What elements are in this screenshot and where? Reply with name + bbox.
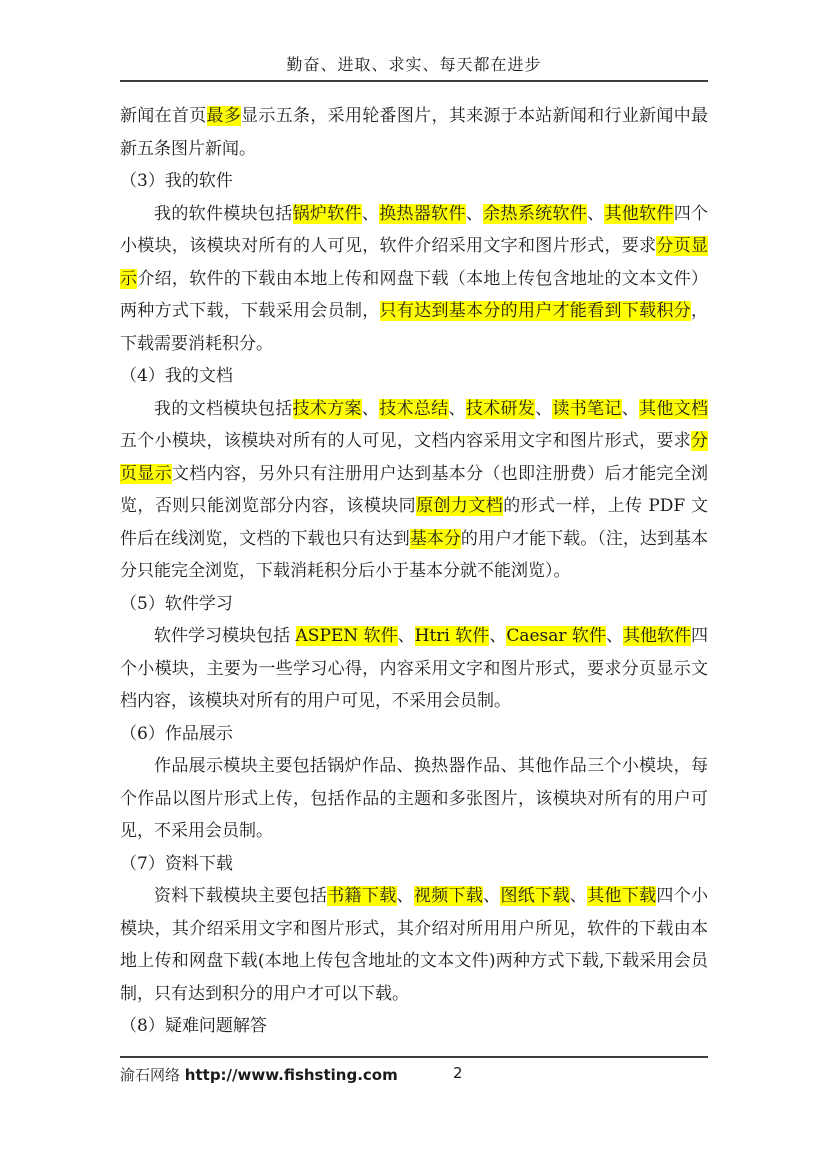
page-footer: 渝石网络 http://www.fishsting.com 2 [120, 1056, 708, 1086]
highlighted-text: ASPEN 软件 [296, 626, 398, 646]
section-heading: （3）我的软件 [120, 165, 708, 198]
text-run: 新闻在首页 [120, 106, 207, 126]
footer-row: 渝石网络 http://www.fishsting.com 2 [120, 1064, 708, 1086]
paragraph: 我的文档模块包括技术方案、技术总结、技术研发、读书笔记、其他文档五个小模块，该模… [120, 393, 708, 588]
text-run: 、 [449, 399, 466, 419]
section-heading: （6）作品展示 [120, 718, 708, 751]
highlighted-text: 其他文档 [639, 399, 708, 419]
highlighted-text: 读书笔记 [552, 399, 621, 419]
paragraph: 作品展示模块主要包括锅炉作品、换热器作品、其他作品三个小模块，每个作品以图片形式… [120, 750, 708, 848]
highlighted-text: 其他软件 [623, 626, 691, 646]
highlighted-text: 只有达到基本分的用户才能看到下载积分 [380, 301, 691, 321]
text-run: 、 [622, 399, 639, 419]
highlighted-text: 锅炉软件 [293, 204, 362, 224]
text-run: 作品展示模块主要包括锅炉作品、换热器作品、其他作品三个小模块，每个作品以图片形式… [120, 756, 708, 841]
highlighted-text: Caesar 软件 [506, 626, 606, 646]
text-run: 、 [398, 626, 415, 646]
section-heading: （5）软件学习 [120, 588, 708, 621]
highlighted-text: 技术研发 [466, 399, 535, 419]
text-run: 、 [489, 626, 506, 646]
text-run: 我的文档模块包括 [154, 399, 293, 419]
text-run: 、 [606, 626, 623, 646]
header-motto: 勤奋、进取、求实、每天都在进步 [286, 55, 541, 74]
highlighted-text: 原创力文档 [416, 496, 503, 516]
text-run: 、 [570, 886, 587, 906]
text-run: 、 [362, 204, 379, 224]
text-run: 、 [587, 204, 604, 224]
document-page: 勤奋、进取、求实、每天都在进步 新闻在首页最多显示五条，采用轮番图片，其来源于本… [0, 0, 827, 1169]
text-run: 、 [466, 204, 483, 224]
text-run: 五个小模块，该模块对所有的人可见，文档内容采用文字和图片形式，要求 [120, 431, 691, 451]
highlighted-text: 图纸下载 [500, 886, 569, 906]
text-run: 、 [535, 399, 552, 419]
section-heading: （7）资料下载 [120, 848, 708, 881]
highlighted-text: 其他下载 [587, 886, 656, 906]
document-body: 新闻在首页最多显示五条，采用轮番图片，其来源于本站新闻和行业新闻中最新五条图片新… [120, 100, 708, 1043]
paragraph: 软件学习模块包括 ASPEN 软件、Htri 软件、Caesar 软件、其他软件… [120, 620, 708, 718]
page-header: 勤奋、进取、求实、每天都在进步 [120, 52, 708, 82]
highlighted-text: 基本分 [410, 529, 461, 549]
highlighted-text: 换热器软件 [379, 204, 466, 224]
highlighted-text: 书籍下载 [327, 886, 396, 906]
highlighted-text: 视频下载 [414, 886, 483, 906]
highlighted-text: Htri 软件 [415, 626, 490, 646]
section-heading: （8）疑难问题解答 [120, 1010, 708, 1043]
paragraph: 新闻在首页最多显示五条，采用轮番图片，其来源于本站新闻和行业新闻中最新五条图片新… [120, 100, 708, 165]
highlighted-text: 其他软件 [604, 204, 673, 224]
highlighted-text: 技术总结 [379, 399, 448, 419]
text-run: 资料下载模块主要包括 [154, 886, 327, 906]
text-run: 、 [362, 399, 379, 419]
text-run: 我的软件模块包括 [154, 204, 293, 224]
text-run: 软件学习模块包括 [154, 626, 296, 646]
highlighted-text: 余热系统软件 [483, 204, 587, 224]
text-run: 、 [483, 886, 500, 906]
footer-page-number: 2 [453, 1064, 463, 1082]
highlighted-text: 最多 [207, 106, 242, 126]
footer-site-url: http://www.fishsting.com [185, 1066, 398, 1084]
text-run: 、 [397, 886, 414, 906]
footer-site-name: 渝石网络 [120, 1066, 180, 1084]
paragraph: 资料下载模块主要包括书籍下载、视频下载、图纸下载、其他下载四个小模块，其介绍采用… [120, 880, 708, 1010]
section-heading: （4）我的文档 [120, 360, 708, 393]
highlighted-text: 技术方案 [293, 399, 362, 419]
paragraph: 我的软件模块包括锅炉软件、换热器软件、余热系统软件、其他软件四个小模块，该模块对… [120, 198, 708, 361]
